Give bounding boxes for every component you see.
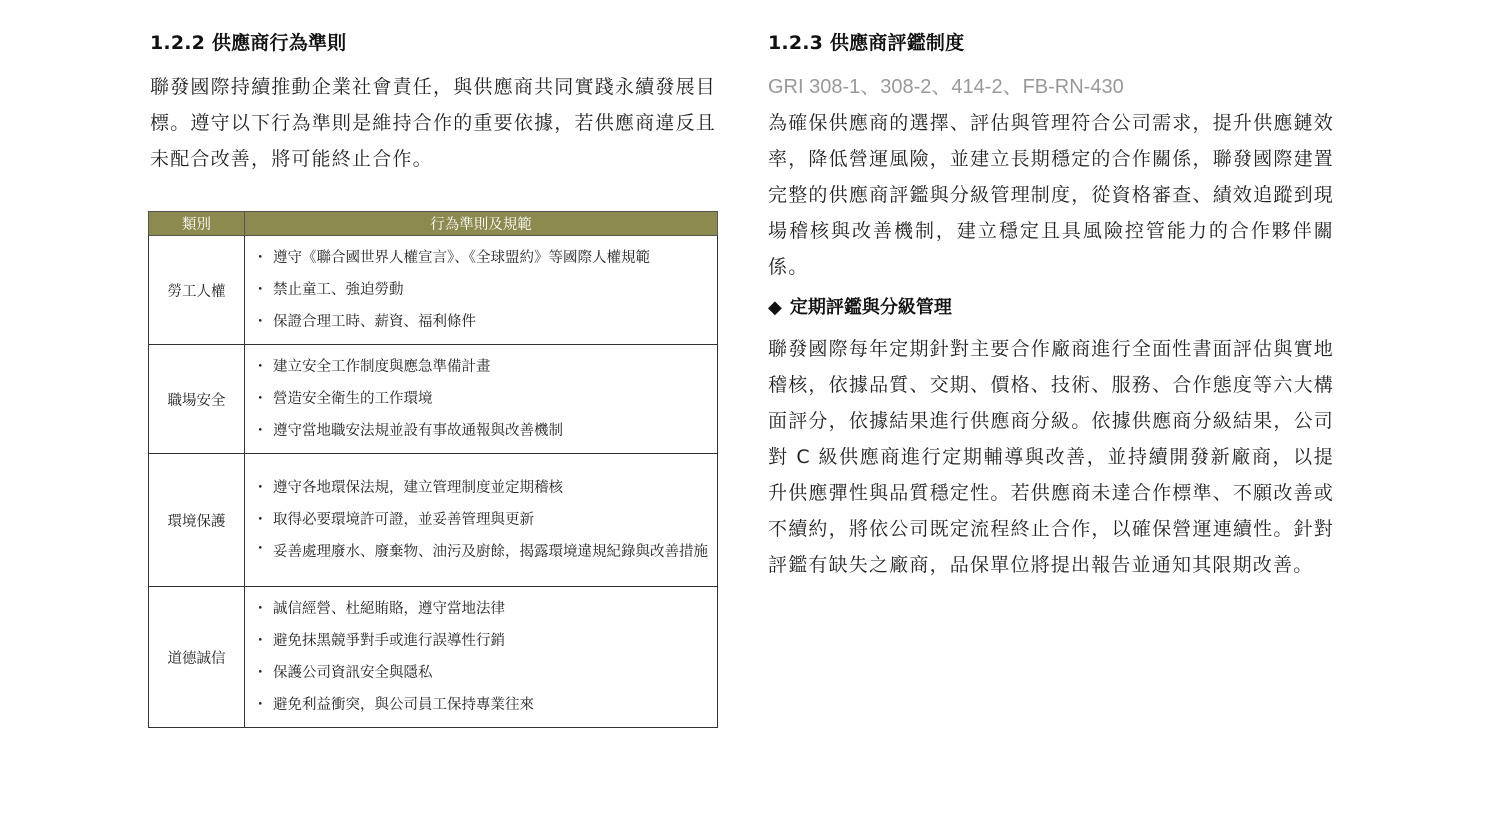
category-cell: 環境保護 <box>149 454 245 587</box>
table-row: 職場安全 建立安全工作制度與應急準備計畫 營造安全衛生的工作環境 遵守當地職安法… <box>149 345 718 454</box>
list-item: 妥善處理廢水、廢棄物、油污及廚餘，揭露環境違規紀錄與改善措施 <box>257 536 709 568</box>
table-row: 環境保護 遵守各地環保法規，建立管理制度並定期稽核 取得必要環境許可證，並妥善管… <box>149 454 718 587</box>
code-of-conduct-table: 類別 行為準則及規範 勞工人權 遵守《聯合國世界人權宣言》、《全球盟約》等國際人… <box>148 211 718 728</box>
list-item: 建立安全工作制度與應急準備計畫 <box>257 351 709 383</box>
subheading-periodic-evaluation: ◆定期評鑑與分級管理 <box>768 293 1338 323</box>
category-cell: 道德誠信 <box>149 587 245 728</box>
section-title-supplier-code: 1.2.2 供應商行為準則 <box>150 28 720 58</box>
table-row: 勞工人權 遵守《聯合國世界人權宣言》、《全球盟約》等國際人權規範 禁止童工、強迫… <box>149 236 718 345</box>
header-category: 類別 <box>149 212 245 236</box>
rules-cell: 遵守《聯合國世界人權宣言》、《全球盟約》等國際人權規範 禁止童工、強迫勞動 保證… <box>245 236 718 345</box>
list-item: 保護公司資訊安全與隱私 <box>257 657 709 689</box>
gri-reference: GRI 308-1、308-2、414-2、FB-RN-430 <box>768 69 1338 105</box>
supplier-code-section: 1.2.2 供應商行為準則 聯發國際持續推動企業社會責任，與供應商共同實踐永續發… <box>150 28 720 177</box>
list-item: 取得必要環境許可證，並妥善管理與更新 <box>257 504 709 536</box>
subheading-text: 定期評鑑與分級管理 <box>790 297 952 318</box>
diamond-bullet-icon: ◆ <box>768 293 782 323</box>
rule-list: 誠信經營、杜絕賄賂，遵守當地法律 避免抹黑競爭對手或進行誤導性行銷 保護公司資訊… <box>257 593 709 721</box>
table-header-row: 類別 行為準則及規範 <box>149 212 718 236</box>
table-row: 道德誠信 誠信經營、杜絕賄賂，遵守當地法律 避免抹黑競爭對手或進行誤導性行銷 保… <box>149 587 718 728</box>
rule-list: 建立安全工作制度與應急準備計畫 營造安全衛生的工作環境 遵守當地職安法規並設有事… <box>257 351 709 447</box>
category-cell: 職場安全 <box>149 345 245 454</box>
rule-list: 遵守《聯合國世界人權宣言》、《全球盟約》等國際人權規範 禁止童工、強迫勞動 保證… <box>257 242 709 338</box>
section-title-supplier-evaluation: 1.2.3 供應商評鑑制度 <box>768 28 1338 58</box>
evaluation-body: 聯發國際每年定期針對主要合作廠商進行全面性書面評估與實地稽核，依據品質、交期、價… <box>768 331 1334 583</box>
list-item: 保證合理工時、薪資、福利條件 <box>257 306 709 338</box>
list-item: 遵守當地職安法規並設有事故通報與改善機制 <box>257 415 709 447</box>
rules-cell: 建立安全工作制度與應急準備計畫 營造安全衛生的工作環境 遵守當地職安法規並設有事… <box>245 345 718 454</box>
evaluation-intro: 為確保供應商的選擇、評估與管理符合公司需求，提升供應鏈效率，降低營運風險，並建立… <box>768 105 1334 285</box>
supplier-code-intro: 聯發國際持續推動企業社會責任，與供應商共同實踐永續發展目標。遵守以下行為準則是維… <box>150 69 716 177</box>
rules-cell: 誠信經營、杜絕賄賂，遵守當地法律 避免抹黑競爭對手或進行誤導性行銷 保護公司資訊… <box>245 587 718 728</box>
list-item: 遵守《聯合國世界人權宣言》、《全球盟約》等國際人權規範 <box>257 242 709 274</box>
rules-cell: 遵守各地環保法規，建立管理制度並定期稽核 取得必要環境許可證，並妥善管理與更新 … <box>245 454 718 587</box>
header-rules: 行為準則及規範 <box>245 212 718 236</box>
list-item: 遵守各地環保法規，建立管理制度並定期稽核 <box>257 472 709 504</box>
supplier-evaluation-section: 1.2.3 供應商評鑑制度 GRI 308-1、308-2、414-2、FB-R… <box>768 28 1338 583</box>
list-item: 禁止童工、強迫勞動 <box>257 274 709 306</box>
list-item: 避免抹黑競爭對手或進行誤導性行銷 <box>257 625 709 657</box>
list-item: 避免利益衝突，與公司員工保持專業往來 <box>257 689 709 721</box>
category-cell: 勞工人權 <box>149 236 245 345</box>
list-item: 誠信經營、杜絕賄賂，遵守當地法律 <box>257 593 709 625</box>
list-item: 營造安全衛生的工作環境 <box>257 383 709 415</box>
rule-list: 遵守各地環保法規，建立管理制度並定期稽核 取得必要環境許可證，並妥善管理與更新 … <box>257 472 709 568</box>
